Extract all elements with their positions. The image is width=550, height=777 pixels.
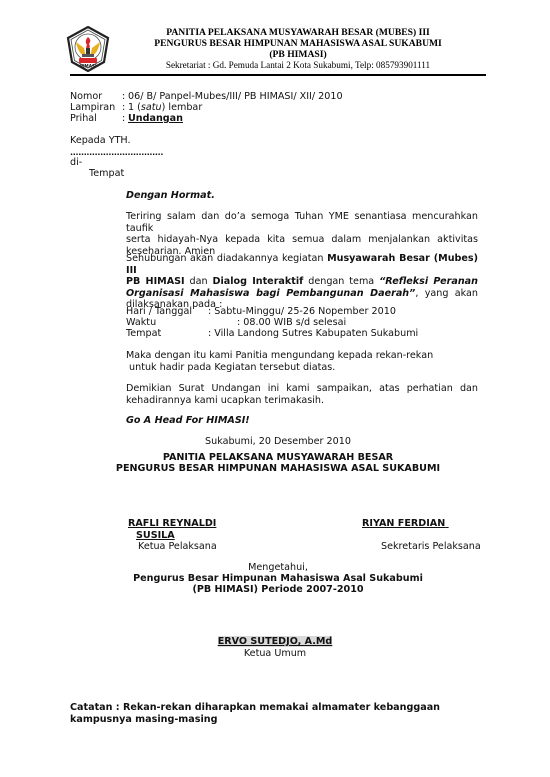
letterhead-organization: PENGURUS BESAR HIMPUNAN MAHASISWA ASAL S…: [118, 38, 478, 49]
paragraph-closing: Demikian Surat Undangan ini kami sampaik…: [126, 383, 478, 406]
himasi-emblem-icon: HIMASI: [66, 26, 110, 72]
paragraph-opening: Teriring salam dan do’a semoga Tuhan YME…: [126, 211, 478, 257]
paragraph-line: serta hidayah-Nya kepada kita semua dala…: [126, 234, 478, 246]
board-name-line2: (PB HIMASI) Periode 2007-2010: [70, 584, 486, 596]
meta-nomor-value: 06/ B/ Panpel-Mubes/III/ PB HIMASI/ XII/…: [128, 91, 343, 102]
secretary-title: Sekretaris Pelaksana: [381, 541, 481, 553]
place-date: Sukabumi, 20 Desember 2010: [70, 436, 486, 448]
schedule-label: Tempat: [126, 328, 208, 340]
acknowledged-label: Mengetahui,: [70, 562, 486, 574]
meta-lampiran-count: satu: [141, 102, 162, 113]
paragraph-line: Sehubungan akan diadakannya kegiatan Mus…: [126, 253, 478, 276]
general-chair-title: Ketua Umum: [0, 648, 550, 660]
meta-prihal-label: Prihal: [70, 113, 122, 125]
letterhead-abbreviation: (PB HIMASI): [118, 49, 478, 60]
text-run: , yang akan: [415, 288, 478, 299]
secretary-name: RIYAN FERDIAN: [362, 518, 449, 530]
committee-name-line2: PENGURUS BESAR HIMPUNAN MAHASISWA ASAL S…: [70, 463, 486, 475]
note: Catatan : Rekan-rekan diharapkan memakai…: [70, 702, 470, 726]
organization-logo: HIMASI: [66, 26, 110, 72]
meta-prihal-value: Undangan: [128, 113, 183, 124]
chair-title: Ketua Pelaksana: [138, 541, 217, 553]
org-name: PB HIMASI: [126, 276, 185, 287]
paragraph-line: Teriring salam dan do’a semoga Tuhan YME…: [126, 211, 478, 234]
svg-text:HIMASI: HIMASI: [79, 64, 96, 69]
schedule-time: Waktu: 08.00 WIB s/d selesai: [126, 317, 346, 329]
board-name-line1: Pengurus Besar Himpunan Mahasiswa Asal S…: [70, 573, 486, 585]
recipient-place: Tempat: [89, 168, 124, 180]
schedule-label: Hari / Tanggal: [126, 306, 208, 318]
meta-prihal: Prihal:Undangan: [70, 113, 183, 125]
letterhead-committee: PANITIA PELAKSANA MUSYAWARAH BESAR (MUBE…: [118, 27, 478, 38]
text-run: dengan tema: [303, 276, 379, 287]
note-line: Catatan : Rekan-rekan diharapkan memakai…: [70, 702, 470, 714]
recipient-to: Kepada YTH.: [70, 135, 131, 147]
chair-name-line2: SUSILA: [128, 530, 238, 542]
letterhead-divider: [70, 74, 486, 76]
paragraph-event: Sehubungan akan diadakannya kegiatan Mus…: [126, 253, 478, 311]
schedule-value: : 08.00 WIB s/d selesai: [237, 317, 346, 328]
chair-name-line1: RAFLI REYNALDI: [128, 518, 238, 530]
meta-lampiran-pre: 1 (: [128, 102, 141, 113]
recipient-blank: ..................................: [70, 147, 163, 159]
general-chair-name: ERVO SUTEDJO, A.Md: [0, 636, 550, 648]
paragraph-invitation: Maka dengan itu kami Panitia mengundang …: [126, 350, 433, 373]
schedule-label: Waktu: [126, 317, 208, 329]
paragraph-line: Demikian Surat Undangan ini kami sampaik…: [126, 383, 478, 395]
recipient-at: di-: [70, 157, 82, 169]
schedule-day-date: Hari / Tanggal: Sabtu-Minggu/ 25-26 Nope…: [126, 306, 396, 318]
greeting: Dengan Hormat.: [126, 190, 215, 202]
letterhead-address: Sekretariat : Gd. Pemuda Lantai 2 Kota S…: [118, 60, 478, 70]
general-chair-name-text: ERVO SUTEDJO, A.Md: [218, 636, 333, 647]
schedule-value: : Sabtu-Minggu/ 25-26 Nopember 2010: [208, 306, 396, 317]
theme-text: “Refleksi Peranan: [379, 276, 478, 287]
schedule-value: : Villa Landong Sutres Kabupaten Sukabum…: [208, 328, 418, 339]
secretary-name-text: RIYAN FERDIAN: [362, 518, 445, 529]
note-line: kampusnya masing-masing: [70, 714, 470, 726]
paragraph-line: PB HIMASI dan Dialog Interaktif dengan t…: [126, 276, 478, 288]
paragraph-line: Maka dengan itu kami Panitia mengundang …: [126, 350, 433, 362]
theme-text: Organisasi Mahasiswa bagi Pembangunan Da…: [126, 288, 415, 299]
schedule-place: Tempat: Villa Landong Sutres Kabupaten S…: [126, 328, 418, 340]
text-run: dan: [185, 276, 213, 287]
committee-name-line1: PANITIA PELAKSANA MUSYAWARAH BESAR: [70, 452, 486, 464]
paragraph-line: untuk hadir pada Kegiatan tersebut diata…: [126, 362, 433, 374]
dialog-name: Dialog Interaktif: [213, 276, 304, 287]
text-run: Sehubungan akan diadakannya kegiatan: [126, 253, 327, 264]
paragraph-line: Organisasi Mahasiswa bagi Pembangunan Da…: [126, 288, 478, 300]
paragraph-line: kehadirannya kami ucapkan terimakasih.: [126, 395, 478, 407]
chair-name: RAFLI REYNALDI SUSILA: [128, 518, 238, 541]
motto: Go A Head For HIMASI!: [126, 415, 250, 427]
meta-lampiran-post: ) lembar: [162, 102, 203, 113]
